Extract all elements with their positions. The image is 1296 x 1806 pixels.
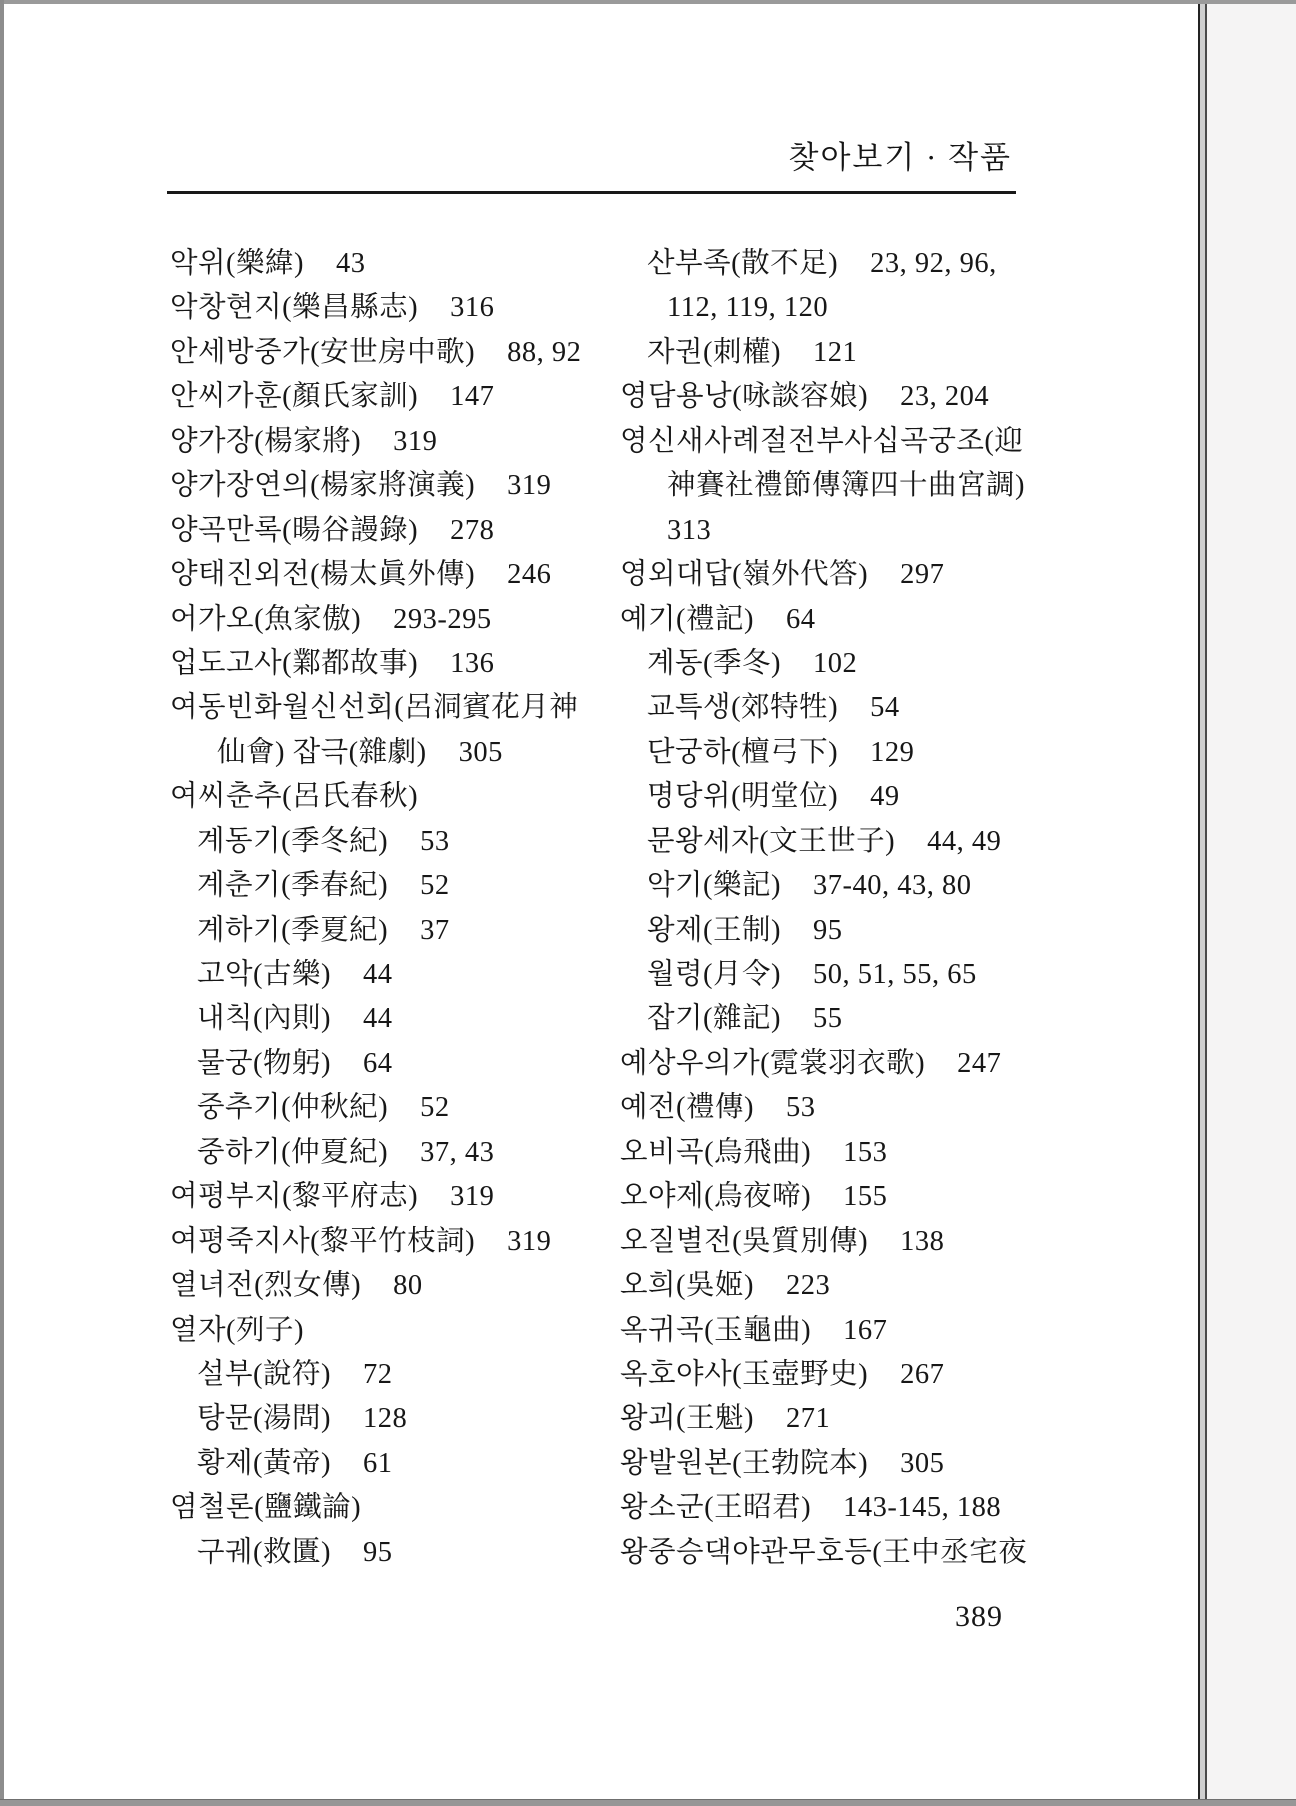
entry-term: 영담용낭(咏談容娘) <box>620 381 868 412</box>
index-entry: 神賽社禮節傳簿四十曲宮調) <box>620 464 1080 508</box>
entry-pages: 223 <box>786 1270 830 1301</box>
index-entry: 왕괴(王魁)271 <box>620 1397 1080 1441</box>
index-entry: 여평죽지사(黎平竹枝詞)319 <box>170 1220 630 1264</box>
entry-term: 여씨춘추(呂氏春秋) <box>170 781 418 812</box>
entry-term: 악창현지(樂昌縣志) <box>170 292 418 323</box>
scan-border-bottom <box>0 1799 1296 1806</box>
entry-term: 황제(黃帝) <box>197 1448 331 1479</box>
index-entry: 112, 119, 120 <box>620 286 1080 330</box>
index-entry: 仙會) 잡극(雜劇)305 <box>170 731 630 775</box>
index-entry: 오비곡(烏飛曲)153 <box>620 1131 1080 1175</box>
entry-term: 교특생(郊特牲) <box>647 692 838 723</box>
index-entry: 양곡만록(暘谷謾錄)278 <box>170 509 630 553</box>
entry-term: 염철론(鹽鐵論) <box>170 1492 361 1523</box>
index-entry: 안씨가훈(顏氏家訓)147 <box>170 375 630 419</box>
entry-pages: 64 <box>786 604 816 635</box>
index-entry: 313 <box>620 509 1080 553</box>
running-header: 찾아보기 · 작품 <box>789 132 1013 177</box>
index-entry: 왕중승댁야관무호등(王中丞宅夜 <box>620 1531 1080 1575</box>
index-entry: 옥호야사(玉壺野史)267 <box>620 1353 1080 1397</box>
entry-term: 고악(古樂) <box>197 959 331 990</box>
entry-term: 단궁하(檀弓下) <box>647 737 838 768</box>
entry-term: 자권(刺權) <box>647 337 781 368</box>
entry-pages: 246 <box>507 559 551 590</box>
entry-pages: 271 <box>786 1403 830 1434</box>
entry-term: 잡기(雜記) <box>647 1003 781 1034</box>
index-entry: 안세방중가(安世房中歌)88, 92 <box>170 331 630 375</box>
entry-term: 仙會) 잡극(雜劇) <box>217 737 427 768</box>
entry-term: 오질별전(吳質別傳) <box>620 1226 868 1257</box>
entry-pages: 95 <box>363 1537 393 1568</box>
entry-pages: 44 <box>363 959 393 990</box>
entry-pages: 319 <box>507 1226 551 1257</box>
entry-term: 물궁(物躬) <box>197 1048 331 1079</box>
index-entry: 영신새사례절전부사십곡궁조(迎 <box>620 420 1080 464</box>
index-entry: 예전(禮傳)53 <box>620 1086 1080 1130</box>
index-entry: 열자(列子) <box>170 1309 630 1353</box>
index-entry: 어가오(魚家傲)293-295 <box>170 598 630 642</box>
entry-term: 왕중승댁야관무호등(王中丞宅夜 <box>620 1537 1027 1568</box>
entry-pages: 61 <box>363 1448 393 1479</box>
entry-pages: 88, 92 <box>507 337 581 368</box>
index-entry: 예상우의가(霓裳羽衣歌)247 <box>620 1042 1080 1086</box>
entry-pages: 54 <box>870 692 900 723</box>
index-entry: 영외대답(嶺外代答)297 <box>620 553 1080 597</box>
entry-term: 왕발원본(王勃院本) <box>620 1448 868 1479</box>
entry-term: 계동(季冬) <box>647 648 781 679</box>
entry-pages: 155 <box>843 1181 887 1212</box>
entry-term: 옥호야사(玉壺野史) <box>620 1359 868 1390</box>
entry-pages: 136 <box>450 648 494 679</box>
index-entry: 계동(季冬)102 <box>620 642 1080 686</box>
entry-pages: 305 <box>900 1448 944 1479</box>
entry-term: 계하기(季夏紀) <box>197 915 388 946</box>
entry-pages: 49 <box>870 781 900 812</box>
index-entry: 중추기(仲秋紀)52 <box>170 1086 630 1130</box>
index-entry: 양태진외전(楊太眞外傳)246 <box>170 553 630 597</box>
index-entry: 오희(吳姬)223 <box>620 1264 1080 1308</box>
index-entry: 예기(禮記)64 <box>620 598 1080 642</box>
entry-pages: 72 <box>363 1359 393 1390</box>
entry-term: 내칙(內則) <box>197 1003 331 1034</box>
entry-pages: 44, 49 <box>927 826 1001 857</box>
entry-term: 문왕세자(文王世子) <box>647 826 895 857</box>
entry-term: 양가장(楊家將) <box>170 426 361 457</box>
scan-border-left <box>0 0 4 1806</box>
entry-pages: 278 <box>450 515 494 546</box>
entry-pages: 23, 92, 96, <box>870 248 997 279</box>
entry-term: 오희(吳姬) <box>620 1270 754 1301</box>
entry-pages: 153 <box>843 1137 887 1168</box>
index-entry: 양가장(楊家將)319 <box>170 420 630 464</box>
entry-pages: 128 <box>363 1403 407 1434</box>
index-entry: 황제(黃帝)61 <box>170 1442 630 1486</box>
entry-term: 313 <box>667 515 711 546</box>
index-entry: 명당위(明堂位)49 <box>620 775 1080 819</box>
entry-pages: 50, 51, 55, 65 <box>813 959 977 990</box>
entry-term: 양태진외전(楊太眞外傳) <box>170 559 475 590</box>
entry-pages: 102 <box>813 648 857 679</box>
scan-border-top <box>0 0 1296 4</box>
entry-term: 악위(樂緯) <box>170 248 304 279</box>
index-entry: 계춘기(季春紀)52 <box>170 864 630 908</box>
entry-term: 산부족(散不足) <box>647 248 838 279</box>
entry-term: 왕제(王制) <box>647 915 781 946</box>
index-entry: 열녀전(烈女傳)80 <box>170 1264 630 1308</box>
entry-term: 안씨가훈(顏氏家訓) <box>170 381 418 412</box>
entry-pages: 316 <box>450 292 494 323</box>
index-entry: 잡기(雜記)55 <box>620 997 1080 1041</box>
entry-term: 영신새사례절전부사십곡궁조(迎 <box>620 426 1023 457</box>
entry-term: 중추기(仲秋紀) <box>197 1092 388 1123</box>
index-entry: 왕발원본(王勃院本)305 <box>620 1442 1080 1486</box>
index-entry: 왕제(王制)95 <box>620 909 1080 953</box>
entry-term: 오야제(烏夜啼) <box>620 1181 811 1212</box>
entry-pages: 43 <box>336 248 366 279</box>
index-entry: 악기(樂記)37-40, 43, 80 <box>620 864 1080 908</box>
entry-pages: 44 <box>363 1003 393 1034</box>
book-page: 찾아보기 · 작품 악위(樂緯)43악창현지(樂昌縣志)316안세방중가(安世房… <box>4 4 1200 1799</box>
index-entry: 왕소군(王昭君)143-145, 188 <box>620 1486 1080 1530</box>
entry-pages: 80 <box>393 1270 423 1301</box>
header-rule <box>167 191 1016 194</box>
entry-pages: 52 <box>420 870 450 901</box>
page-edge-shadow <box>1198 3 1207 1800</box>
entry-term: 어가오(魚家傲) <box>170 604 361 635</box>
entry-pages: 319 <box>450 1181 494 1212</box>
entry-pages: 37-40, 43, 80 <box>813 870 972 901</box>
entry-pages: 293-295 <box>393 604 492 635</box>
index-entry: 자권(刺權)121 <box>620 331 1080 375</box>
index-entry: 물궁(物躬)64 <box>170 1042 630 1086</box>
entry-term: 예기(禮記) <box>620 604 754 635</box>
entry-term: 구궤(救匱) <box>197 1537 331 1568</box>
entry-pages: 267 <box>900 1359 944 1390</box>
entry-term: 열녀전(烈女傳) <box>170 1270 361 1301</box>
entry-term: 예전(禮傳) <box>620 1092 754 1123</box>
entry-term: 양곡만록(暘谷謾錄) <box>170 515 418 546</box>
entry-pages: 37, 43 <box>420 1137 494 1168</box>
index-entry: 고악(古樂)44 <box>170 953 630 997</box>
entry-pages: 52 <box>420 1092 450 1123</box>
entry-term: 옥귀곡(玉龜曲) <box>620 1315 811 1346</box>
entry-term: 악기(樂記) <box>647 870 781 901</box>
index-column-right: 산부족(散不足)23, 92, 96,112, 119, 120자권(刺權)12… <box>620 242 1080 1575</box>
entry-pages: 129 <box>870 737 914 768</box>
index-entry: 단궁하(檀弓下)129 <box>620 731 1080 775</box>
index-entry: 여씨춘추(呂氏春秋) <box>170 775 630 819</box>
entry-pages: 297 <box>900 559 944 590</box>
index-entry: 악위(樂緯)43 <box>170 242 630 286</box>
entry-term: 중하기(仲夏紀) <box>197 1137 388 1168</box>
index-entry: 문왕세자(文王世子)44, 49 <box>620 820 1080 864</box>
index-entry: 양가장연의(楊家將演義)319 <box>170 464 630 508</box>
entry-term: 영외대답(嶺外代答) <box>620 559 868 590</box>
index-entry: 월령(月令)50, 51, 55, 65 <box>620 953 1080 997</box>
index-entry: 영담용낭(咏談容娘)23, 204 <box>620 375 1080 419</box>
entry-pages: 53 <box>786 1092 816 1123</box>
index-entry: 교특생(郊特牲)54 <box>620 686 1080 730</box>
entry-pages: 147 <box>450 381 494 412</box>
index-entry: 염철론(鹽鐵論) <box>170 1486 630 1530</box>
index-entry: 여동빈화월신선회(呂洞賓花月神 <box>170 686 630 730</box>
entry-term: 탕문(湯問) <box>197 1403 331 1434</box>
scanned-book-page: 찾아보기 · 작품 악위(樂緯)43악창현지(樂昌縣志)316안세방중가(安世房… <box>0 0 1296 1806</box>
entry-term: 계춘기(季春紀) <box>197 870 388 901</box>
entry-term: 설부(說符) <box>197 1359 331 1390</box>
entry-term: 양가장연의(楊家將演義) <box>170 470 475 501</box>
entry-pages: 53 <box>420 826 450 857</box>
entry-pages: 167 <box>843 1315 887 1346</box>
index-entry: 내칙(內則)44 <box>170 997 630 1041</box>
entry-term: 神賽社禮節傳簿四十曲宮調) <box>667 470 1025 501</box>
page-number: 389 <box>955 1600 1003 1634</box>
entry-term: 업도고사(鄴都故事) <box>170 648 418 679</box>
entry-term: 명당위(明堂位) <box>647 781 838 812</box>
index-entry: 구궤(救匱)95 <box>170 1531 630 1575</box>
entry-pages: 143-145, 188 <box>843 1492 1001 1523</box>
entry-term: 오비곡(烏飛曲) <box>620 1137 811 1168</box>
index-entry: 오야제(烏夜啼)155 <box>620 1175 1080 1219</box>
entry-term: 월령(月令) <box>647 959 781 990</box>
entry-pages: 64 <box>363 1048 393 1079</box>
index-entry: 계하기(季夏紀)37 <box>170 909 630 953</box>
entry-pages: 319 <box>393 426 437 457</box>
index-column-left: 악위(樂緯)43악창현지(樂昌縣志)316안세방중가(安世房中歌)88, 92안… <box>170 242 630 1575</box>
entry-pages: 319 <box>507 470 551 501</box>
entry-pages: 23, 204 <box>900 381 989 412</box>
index-entry: 여평부지(黎平府志)319 <box>170 1175 630 1219</box>
index-entry: 옥귀곡(玉龜曲)167 <box>620 1309 1080 1353</box>
index-entry: 중하기(仲夏紀)37, 43 <box>170 1131 630 1175</box>
entry-pages: 305 <box>459 737 503 768</box>
entry-term: 여평부지(黎平府志) <box>170 1181 418 1212</box>
index-entry: 계동기(季冬紀)53 <box>170 820 630 864</box>
entry-term: 예상우의가(霓裳羽衣歌) <box>620 1048 925 1079</box>
index-entry: 산부족(散不足)23, 92, 96, <box>620 242 1080 286</box>
entry-pages: 138 <box>900 1226 944 1257</box>
entry-pages: 55 <box>813 1003 843 1034</box>
entry-pages: 121 <box>813 337 857 368</box>
index-entry: 탕문(湯問)128 <box>170 1397 630 1441</box>
entry-pages: 95 <box>813 915 843 946</box>
entry-term: 계동기(季冬紀) <box>197 826 388 857</box>
entry-term: 여동빈화월신선회(呂洞賓花月神 <box>170 692 578 723</box>
entry-term: 왕괴(王魁) <box>620 1403 754 1434</box>
index-entry: 업도고사(鄴都故事)136 <box>170 642 630 686</box>
entry-term: 여평죽지사(黎平竹枝詞) <box>170 1226 475 1257</box>
entry-pages: 37 <box>420 915 450 946</box>
index-entry: 오질별전(吳質別傳)138 <box>620 1220 1080 1264</box>
entry-term: 왕소군(王昭君) <box>620 1492 811 1523</box>
entry-term: 안세방중가(安世房中歌) <box>170 337 475 368</box>
entry-pages: 247 <box>957 1048 1001 1079</box>
entry-term: 열자(列子) <box>170 1315 304 1346</box>
index-entry: 설부(說符)72 <box>170 1353 630 1397</box>
entry-term: 112, 119, 120 <box>667 292 828 323</box>
index-entry: 악창현지(樂昌縣志)316 <box>170 286 630 330</box>
